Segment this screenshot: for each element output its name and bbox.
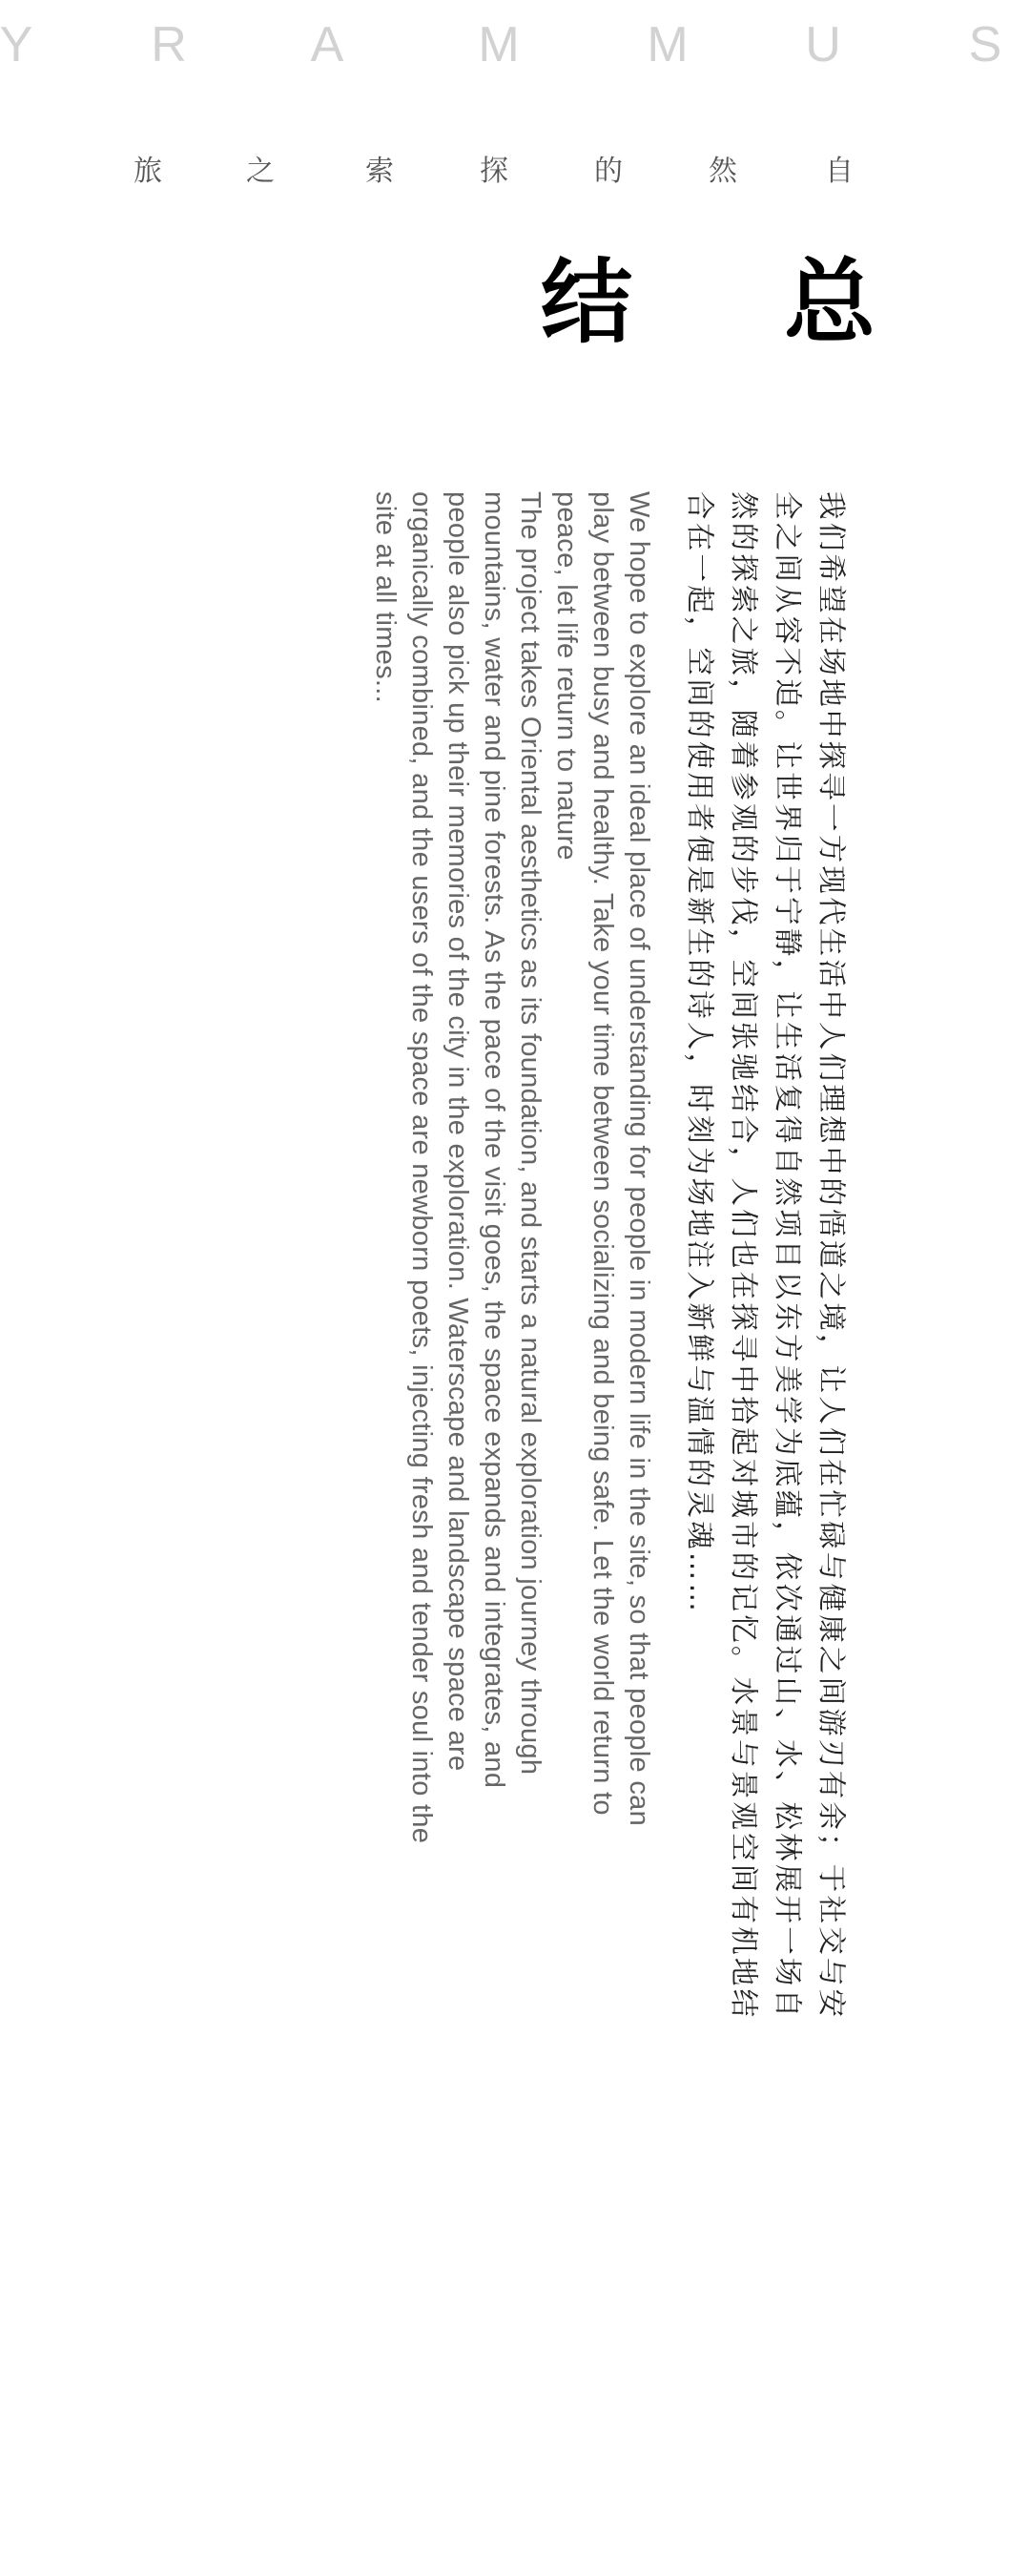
subtitle-char: 的 [587,151,629,193]
subtitle: 自 然 的 探 索 之 旅 [0,151,1030,193]
english-line: mountains, water and pine forests. As th… [476,491,512,1980]
english-line: The project takes Oriental aesthetics as… [512,491,548,1980]
subtitle-char: 旅 [127,151,169,193]
subtitle-char: 探 [473,151,515,193]
english-paragraph: We hope to explore an ideal place of und… [367,491,657,1980]
title-char: 总 [777,250,882,355]
summary-letter: R [145,21,193,69]
summary-body: 我们希望在场地中探寻一方现代生活中人们理想中的悟道之境，让人们在忙碌与健康之间游… [367,491,854,2056]
english-line: site at all times... [367,491,403,1980]
english-line: people also pick up their memories of th… [440,491,476,1980]
subtitle-char: 然 [702,151,744,193]
summary-letter: A [303,21,351,69]
rotated-page: S U M M A R Y 自 然 的 探 索 之 旅 总 结 我们希望在场地中… [0,0,1030,2576]
chinese-paragraph: 我们希望在场地中探寻一方现代生活中人们理想中的悟道之境，让人们在忙碌与健康之间游… [678,491,854,2027]
subtitle-char: 自 [818,151,860,193]
english-line: peace, let life return to nature [548,491,585,1980]
summary-letter: U [799,21,847,69]
summary-letter: Y [0,21,40,69]
english-line: play between busy and healthy. Take your… [585,491,621,1980]
english-line: organically combined, and the users of t… [403,491,440,1980]
summary-letter: M [644,21,691,69]
english-line: We hope to explore an ideal place of und… [621,491,657,1980]
summary-letter: S [961,21,1009,69]
subtitle-char: 之 [239,151,281,193]
page-title: 总 结 [0,250,1030,355]
subtitle-char: 索 [359,151,401,193]
summary-wordmark: S U M M A R Y [0,21,1030,69]
summary-letter: M [475,21,523,69]
title-char: 结 [534,250,639,355]
